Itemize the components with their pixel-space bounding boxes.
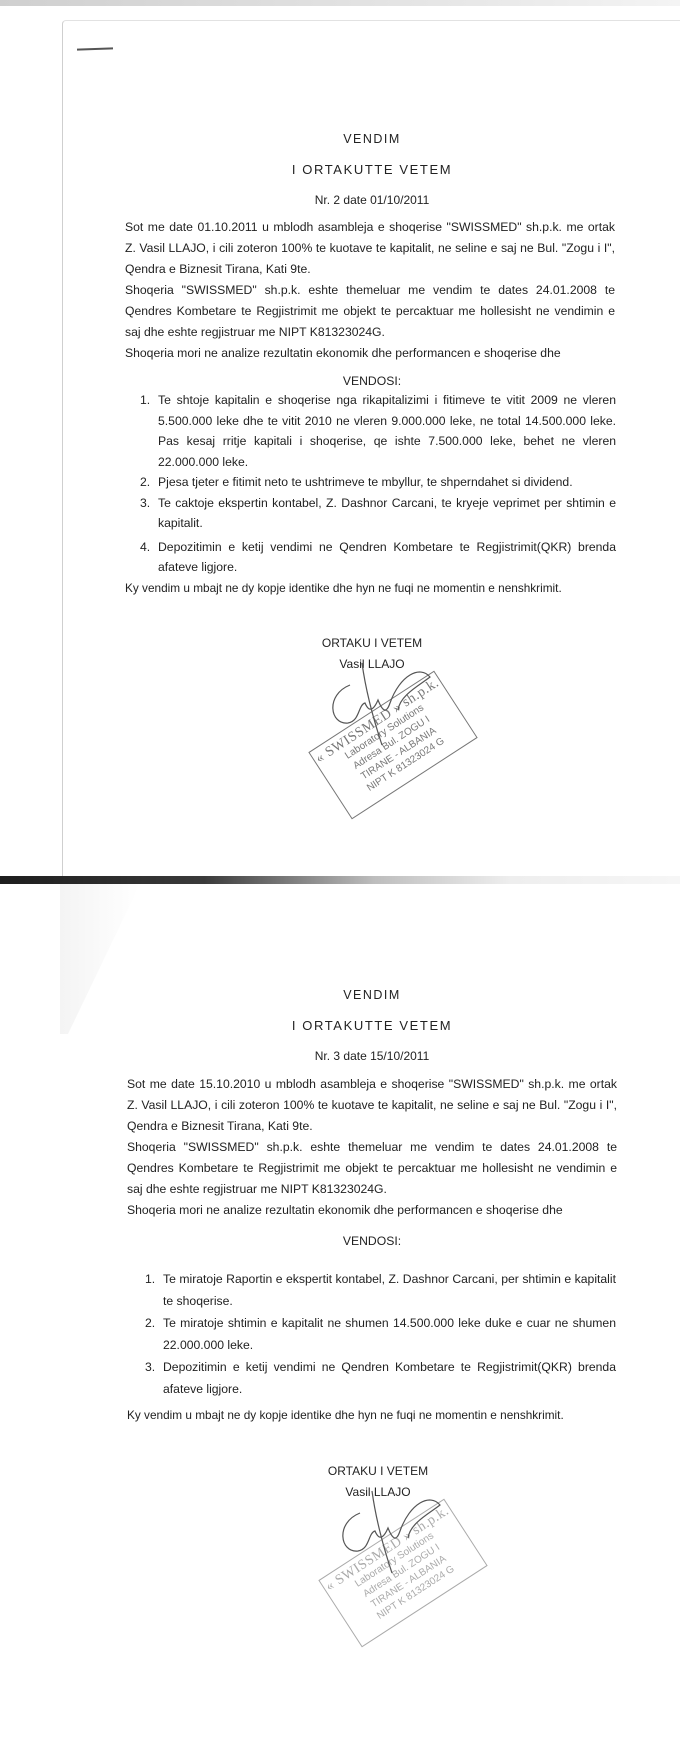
decision-item: 3.Depozitimin e ketij vendimi ne Qendren… <box>145 1356 616 1400</box>
document-title: VENDIM <box>0 988 680 1002</box>
paragraph: Sot me date 01.10.2011 u mblodh asamblej… <box>125 217 615 280</box>
handwritten-signature <box>330 1483 470 1583</box>
document-body: Sot me date 15.10.2010 u mblodh asamblej… <box>127 1074 617 1221</box>
paragraph: Shoqeria mori ne analize rezultatin ekon… <box>125 343 615 364</box>
paragraph: Shoqeria "SWISSMED" sh.p.k. eshte themel… <box>125 280 615 343</box>
closing-statement: Ky vendim u mbajt ne dy kopje identike d… <box>127 1408 627 1422</box>
page-separator <box>0 876 680 884</box>
document-body: Sot me date 01.10.2011 u mblodh asamblej… <box>125 217 615 364</box>
closing-statement: Ky vendim u mbajt ne dy kopje identike d… <box>125 581 625 595</box>
decision-heading: VENDOSI: <box>0 374 680 388</box>
scan-top-shadow <box>0 0 680 6</box>
paragraph: Shoqeria "SWISSMED" sh.p.k. eshte themel… <box>127 1137 617 1200</box>
decision-item: 3.Te caktoje ekspertin kontabel, Z. Dash… <box>140 493 616 534</box>
decision-item: 2.Pjesa tjeter e fitimit neto te ushtrim… <box>140 472 616 493</box>
decision-item: 1.Te shtoje kapitalin e shoqerise nga ri… <box>140 390 616 472</box>
paragraph: Shoqeria mori ne analize rezultatin ekon… <box>127 1200 617 1221</box>
decision-item: 1.Te miratoje Raportin e ekspertit konta… <box>145 1268 616 1312</box>
document-title: VENDIM <box>0 132 680 146</box>
handwritten-signature <box>320 655 460 755</box>
paragraph: Sot me date 15.10.2010 u mblodh asamblej… <box>127 1074 617 1137</box>
document-subtitle: I ORTAKUTTE VETEM <box>0 1018 680 1033</box>
document-number: Nr. 2 date 01/10/2011 <box>0 193 680 207</box>
signatory-title: ORTAKU I VETEM <box>0 636 680 650</box>
decision-item: 2.Te miratoje shtimin e kapitalit ne shu… <box>145 1312 616 1356</box>
document-number: Nr. 3 date 15/10/2011 <box>0 1049 680 1063</box>
page-fold-shadow <box>60 884 140 1034</box>
decision-heading: VENDOSI: <box>0 1234 680 1248</box>
document-subtitle: I ORTAKUTTE VETEM <box>0 162 680 177</box>
decision-list: 1.Te miratoje Raportin e ekspertit konta… <box>145 1268 616 1400</box>
signatory-title: ORTAKU I VETEM <box>6 1464 680 1478</box>
decision-list: 1.Te shtoje kapitalin e shoqerise nga ri… <box>140 390 616 578</box>
decision-item: 4.Depozitimin e ketij vendimi ne Qendren… <box>140 537 616 578</box>
